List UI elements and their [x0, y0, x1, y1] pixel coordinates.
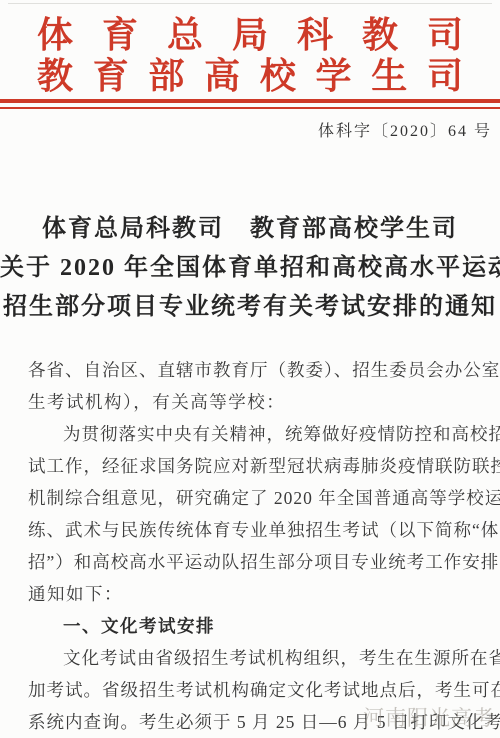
body-line: 系统内查询。考生必须于 5 月 25 日—6 月 5 日打印文化考试准 — [28, 706, 474, 738]
body-line: 试工作，经征求国务院应对新型冠状病毒肺炎疫情联防联控工作 — [28, 450, 474, 482]
letterhead-line-2: 教育部高校学生司 — [37, 56, 463, 97]
notice-title-line-1: 体育总局科教司 教育部高校学生司 — [0, 210, 500, 249]
notice-body: 各省、自治区、直辖市教育厅（教委）、招生委员会办公室（招 生考试机构），有关高等… — [0, 354, 500, 738]
letterhead: 体育总局科教司 教育部高校学生司 — [37, 15, 463, 97]
section-heading: 一、文化考试安排 — [28, 610, 474, 642]
document-number: 体科字〔2020〕64 号 — [0, 122, 500, 142]
red-rule-thin — [0, 107, 500, 109]
body-line: 招”）和高校高水平运动队招生部分项目专业统考工作安排，现 — [28, 546, 474, 578]
notice-title-line-3: 招生部分项目专业统考有关考试安排的通知 — [0, 288, 500, 327]
body-line: 加考试。省级招生考试机构确定文化考试地点后，考生可在报名 — [28, 674, 474, 706]
body-line: 练、武术与民族传统体育专业单独招生考试（以下简称“体育单 — [28, 514, 474, 546]
scan-artifact-line — [8, 3, 492, 4]
notice-title-line-2: 关于 2020 年全国体育单招和高校高水平运动队 — [0, 249, 500, 288]
notice-title: 体育总局科教司 教育部高校学生司 关于 2020 年全国体育单招和高校高水平运动… — [0, 210, 500, 327]
document-page: 体育总局科教司 教育部高校学生司 体科字〔2020〕64 号 体育总局科教司 教… — [0, 0, 500, 738]
body-line: 文化考试由省级招生考试机构组织，考生在生源所在省份参 — [28, 642, 474, 674]
letterhead-line-1: 体育总局科教司 — [37, 15, 463, 56]
red-rule-thick — [0, 99, 500, 103]
body-line: 为贯彻落实中央有关精神，统筹做好疫情防控和高校招生考 — [28, 418, 474, 450]
body-line: 通知如下： — [28, 578, 474, 610]
body-line: 各省、自治区、直辖市教育厅（教委）、招生委员会办公室（招 — [28, 354, 474, 386]
body-line: 生考试机构），有关高等学校： — [28, 386, 474, 418]
body-line: 机制综合组意见，研究确定了 2020 年全国普通高等学校运动训 — [28, 482, 474, 514]
